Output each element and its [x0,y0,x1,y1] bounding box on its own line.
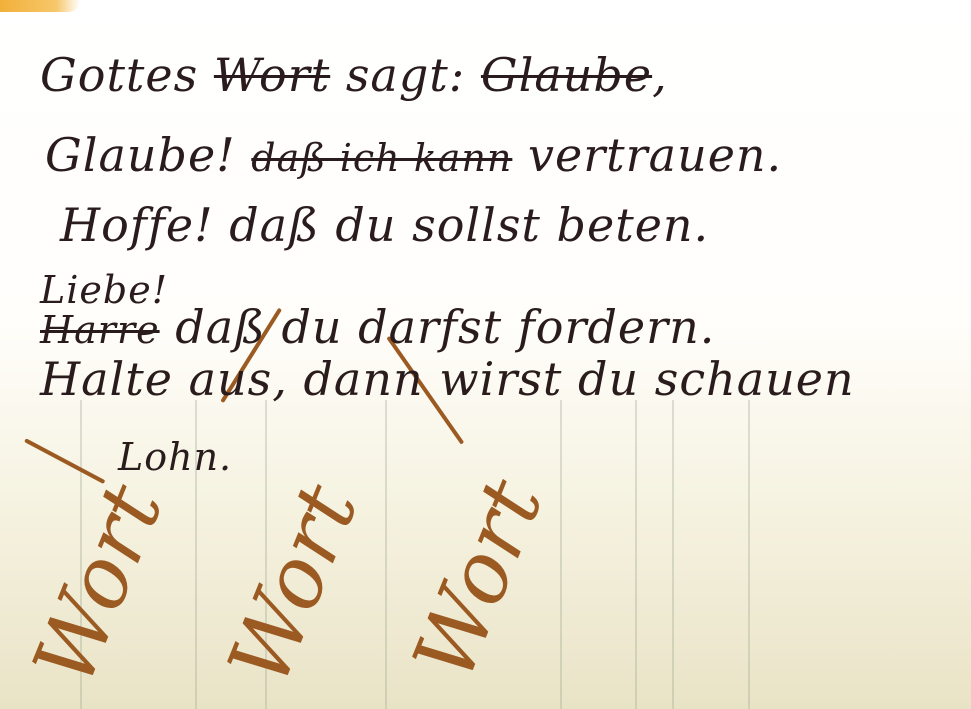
practice-word: Wort [394,466,562,693]
text-segment: Lohn. [118,435,232,479]
struck-text: Glaube [481,48,652,102]
paper-stain [0,0,80,12]
manuscript-line-6: Lohn. [118,435,232,479]
practice-word: Wort [14,471,182,698]
text-segment: sagt: [330,48,481,102]
text-segment: Halte aus, dann wirst du schauen [40,352,855,406]
ruled-line [635,400,637,709]
practice-word: Wort [209,471,377,698]
text-segment: vertrauen. [512,128,782,182]
ruled-line [748,400,750,709]
manuscript-line-1: Gottes Wort sagt: Glaube, [40,48,668,102]
ruled-line [385,400,387,709]
text-segment: daß du darfst fordern. [160,300,716,354]
text-segment: Gottes [40,48,214,102]
manuscript-line-4: Harre daß du darfst fordern. [40,300,715,354]
manuscript-line-3: Hoffe! daß du sollst beten. [60,198,709,252]
text-segment: Glaube! [45,128,251,182]
manuscript-line-2: Glaube! daß ich kann vertrauen. [45,128,782,182]
struck-text: Harre [40,308,160,352]
manuscript-line-5: Halte aus, dann wirst du schauen [40,352,855,406]
struck-text: Wort [214,48,330,102]
text-segment: Hoffe! daß du sollst beten. [60,198,709,252]
struck-text: daß ich kann [251,136,512,180]
ruled-line [560,400,562,709]
text-segment: , [652,48,668,102]
ruled-line [672,400,674,709]
